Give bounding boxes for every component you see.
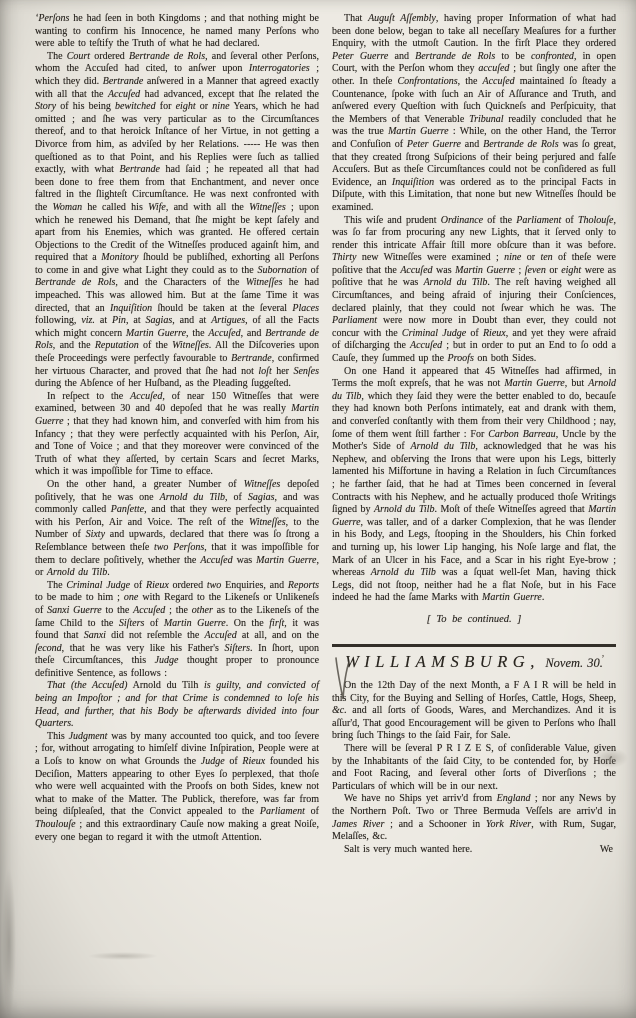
section-divider-rule xyxy=(332,644,616,647)
stray-ink-mark: ’ xyxy=(600,653,604,666)
paragraph: The Court ordered Bertrande de Rols, and… xyxy=(35,51,319,391)
dateline-date: Novem. 30. xyxy=(545,656,603,670)
dateline-city: WILLIAMSBURG, xyxy=(345,652,540,671)
to-be-continued-note: [ To be continued. ] xyxy=(332,614,616,627)
page-columns: ‘Perſons he had ſeen in both Kingdoms ; … xyxy=(35,13,617,1018)
paragraph: In reſpect to the Accuſed, of near 150 W… xyxy=(35,391,319,479)
williamsburg-dateline: WILLIAMSBURG, Novem. 30. ’ xyxy=(332,653,616,681)
paragraph: The Criminal Judge of Rieux ordered two … xyxy=(35,580,319,681)
newspaper-page: ‘Perſons he had ſeen in both Kingdoms ; … xyxy=(0,0,636,1018)
right-column: That Auguſt Aſſembly, having proper Info… xyxy=(332,13,616,1018)
paragraph: On the 12th Day of the next Month, a F A… xyxy=(332,680,616,743)
paragraph: That Auguſt Aſſembly, having proper Info… xyxy=(332,13,616,215)
trial-article-continuation: That Auguſt Aſſembly, having proper Info… xyxy=(332,13,616,605)
williamsburg-news: On the 12th Day of the next Month, a F A… xyxy=(332,680,616,856)
paragraph: This wiſe and prudent Ordinance of the P… xyxy=(332,215,616,366)
scan-edge-smudge xyxy=(2,868,16,1018)
paragraph: We have no Ships yet arriv'd from Englan… xyxy=(332,793,616,843)
paragraph: That (the Accuſed) Arnold du Tilh is gui… xyxy=(35,680,319,730)
paragraph: On one Hand it appeared that 45 Witneſſe… xyxy=(332,366,616,605)
paragraph: There will be ſeveral P R I Z E S, of co… xyxy=(332,743,616,793)
pen-mark xyxy=(333,655,351,703)
left-column: ‘Perſons he had ſeen in both Kingdoms ; … xyxy=(35,13,319,1018)
paragraph: This Judgment was by many accounted too … xyxy=(35,731,319,844)
paragraph: ‘Perſons he had ſeen in both Kingdoms ; … xyxy=(35,13,319,51)
paragraph: On the other hand, a greater Number of W… xyxy=(35,479,319,580)
